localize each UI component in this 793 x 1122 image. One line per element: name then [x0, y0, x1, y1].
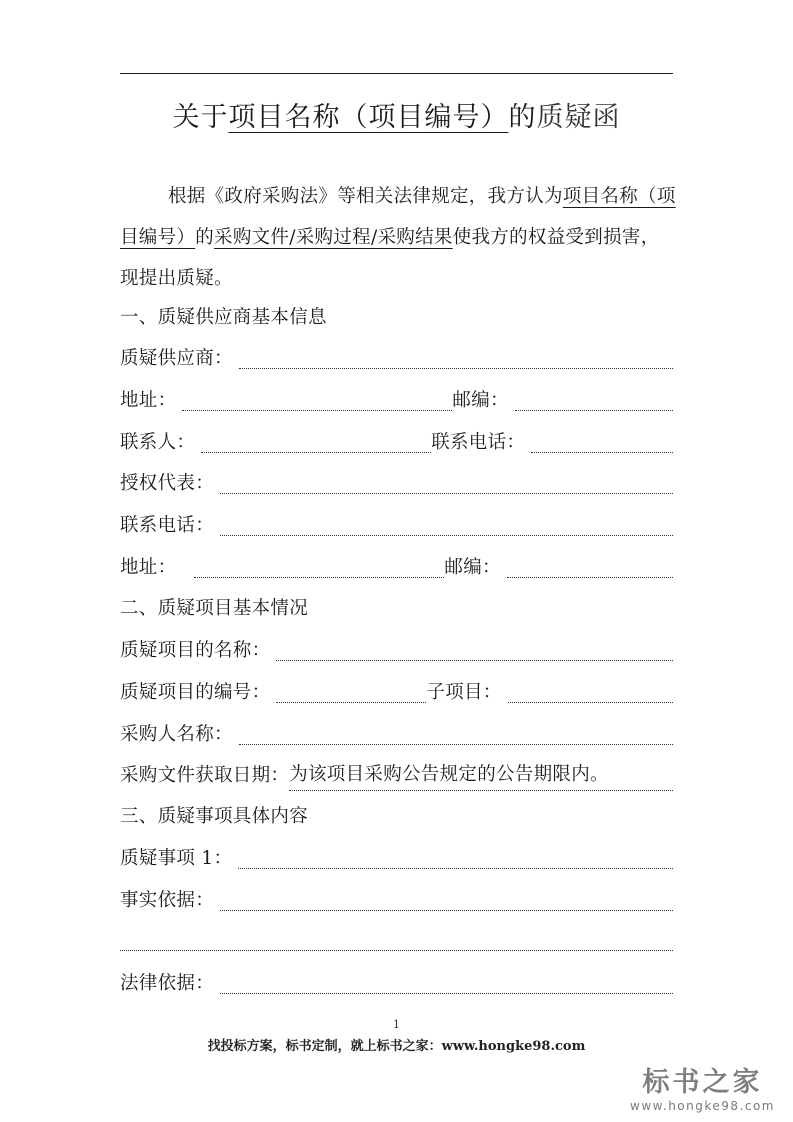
footer-slogan: 找投标方案，标书定制，就上标书之家：www.hongke98.com [0, 1035, 793, 1054]
address-label: 地址： [120, 386, 176, 416]
address-row: 地址： 邮编： [120, 386, 673, 416]
auth-rep-row: 授权代表： [120, 469, 673, 499]
facts-continuation-field[interactable] [120, 950, 673, 951]
intro-scope: 采购文件/采购过程/采购结果 [214, 227, 453, 248]
project-no-row: 质疑项目的编号： 子项目： [120, 678, 673, 708]
phone-field[interactable] [531, 452, 673, 453]
title-prefix: 关于 [173, 102, 229, 133]
rep-address-field[interactable] [194, 577, 444, 578]
legal-row: 法律依据： [120, 969, 673, 999]
item1-field[interactable] [238, 868, 673, 869]
auth-rep-label: 授权代表： [120, 469, 214, 499]
rep-phone-row: 联系电话： [120, 511, 673, 541]
project-name-row: 质疑项目的名称： [120, 636, 673, 666]
obtain-date-row: 采购文件获取日期： 为该项目采购公告规定的公告期限内。 [120, 761, 673, 791]
sub-item-field[interactable] [508, 702, 673, 703]
supplier-label: 质疑供应商： [120, 344, 233, 374]
address-field[interactable] [182, 410, 452, 411]
watermark-logo: 标书之家 www.hongke98.com [630, 1068, 775, 1114]
obtain-date-value: 为该项目采购公告规定的公告期限内。 [289, 760, 673, 791]
legal-label: 法律依据： [120, 969, 214, 999]
section2-heading: 二、质疑项目基本情况 [120, 594, 308, 624]
watermark-url: www.hongke98.com [630, 1098, 775, 1114]
rep-postcode-label: 邮编： [444, 553, 500, 583]
facts-label: 事实依据： [120, 886, 214, 916]
item1-row: 质疑事项 1： [120, 844, 673, 874]
sub-item-label: 子项目： [426, 678, 501, 708]
contact-label: 联系人： [120, 428, 195, 458]
contact-field[interactable] [201, 452, 431, 453]
section1-heading: 一、质疑供应商基本信息 [120, 303, 327, 333]
purchaser-field[interactable] [239, 744, 673, 745]
supplier-field[interactable] [239, 368, 673, 369]
facts-row: 事实依据： [120, 886, 673, 916]
facts-field[interactable] [220, 910, 673, 911]
rep-address-label: 地址： [120, 553, 176, 583]
section3-heading: 三、质疑事项具体内容 [120, 802, 308, 832]
postcode-label: 邮编： [452, 386, 508, 416]
supplier-row: 质疑供应商： [120, 344, 673, 374]
rep-address-row: 地址： 邮编： [120, 553, 673, 583]
rep-phone-field[interactable] [220, 535, 673, 536]
contact-row: 联系人： 联系电话： [120, 428, 673, 458]
item1-label: 质疑事项 1： [120, 844, 232, 874]
document-title: 关于项目名称（项目编号）的质疑函 [0, 98, 793, 138]
auth-rep-field[interactable] [220, 493, 673, 494]
title-project-placeholder: 项目名称（项目编号） [229, 102, 509, 133]
page-number: 1 [0, 1018, 793, 1031]
obtain-date-label: 采购文件获取日期： [120, 761, 289, 791]
postcode-field[interactable] [515, 410, 673, 411]
watermark-brand: 标书之家 [630, 1068, 775, 1098]
project-no-field[interactable] [276, 702, 426, 703]
intro-text-1: 根据《政府采购法》等相关法律规定，我方认为 [168, 186, 563, 207]
rep-phone-label: 联系电话： [120, 511, 214, 541]
purchaser-row: 采购人名称： [120, 720, 673, 750]
title-mid: 的 [509, 102, 537, 133]
project-name-label: 质疑项目的名称： [120, 636, 270, 666]
title-suffix: 质疑函 [537, 102, 621, 133]
project-name-field[interactable] [276, 660, 673, 661]
phone-label: 联系电话： [431, 428, 525, 458]
rep-postcode-field[interactable] [507, 577, 673, 578]
intro-paragraph: 根据《政府采购法》等相关法律规定，我方认为项目名称（项目编号）的采购文件/采购过… [120, 176, 676, 299]
purchaser-label: 采购人名称： [120, 720, 233, 750]
project-no-label: 质疑项目的编号： [120, 678, 270, 708]
intro-text-2: 的 [195, 227, 214, 248]
header-rule [120, 73, 673, 74]
legal-field[interactable] [220, 993, 673, 994]
